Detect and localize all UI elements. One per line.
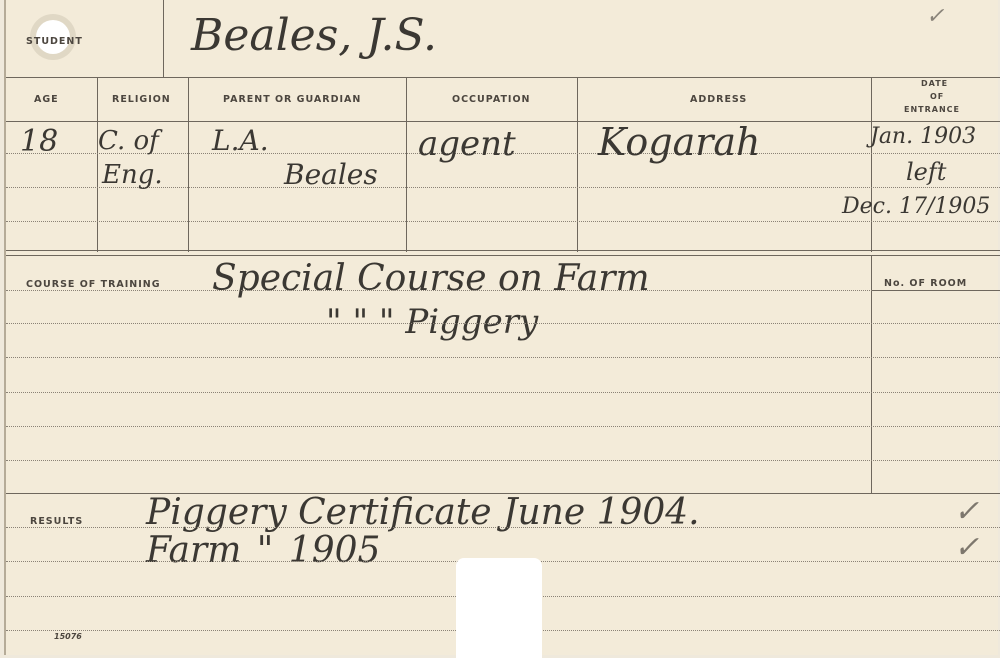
divider [188, 78, 189, 252]
student-label: STUDENT [26, 36, 83, 47]
divider [871, 256, 872, 493]
column-header-date-line2: OF [930, 92, 944, 101]
tick-icon: ✓ [954, 530, 979, 565]
card-notch [470, 612, 528, 658]
divider [6, 77, 1000, 78]
column-header-address: ADDRESS [690, 94, 747, 105]
parent-value-line1: L.A. [212, 124, 269, 157]
dotted-rule [6, 426, 1000, 427]
dotted-rule [6, 221, 1000, 222]
divider [406, 78, 407, 252]
corner-tick-icon: ✓ [926, 4, 944, 29]
divider [871, 78, 872, 252]
results-line2: Farm " 1905 [146, 530, 380, 571]
column-header-date-line3: ENTRANCE [904, 105, 960, 114]
religion-value-line2: Eng. [102, 160, 163, 190]
dotted-rule [6, 357, 1000, 358]
column-header-age: AGE [34, 94, 59, 105]
course-of-training-label: COURSE OF TRAINING [26, 279, 161, 290]
divider [577, 78, 578, 252]
parent-value-line2: Beales [284, 158, 378, 191]
dotted-rule [6, 460, 1000, 461]
divider [6, 121, 1000, 122]
column-header-parent: PARENT OR GUARDIAN [223, 94, 361, 105]
dotted-rule [6, 323, 1000, 324]
course-line2: " " " Piggery [326, 302, 538, 342]
dotted-rule [6, 290, 872, 291]
divider [163, 0, 164, 78]
student-record-card: STUDENT Beales, J.S. ✓ AGE RELIGION PARE… [4, 0, 998, 655]
left-date: Dec. 17/1905 [842, 194, 990, 219]
left-label: left [906, 158, 946, 186]
tick-icon: ✓ [954, 494, 979, 529]
age-value: 18 [20, 124, 58, 159]
column-header-occupation: OCCUPATION [452, 94, 530, 105]
religion-value-line1: C. of [98, 126, 159, 156]
divider [6, 250, 1000, 251]
entrance-date: Jan. 1903 [870, 124, 976, 149]
divider [872, 290, 1000, 291]
column-header-religion: RELIGION [112, 94, 171, 105]
dotted-rule [6, 527, 1000, 528]
room-number-label: No. OF ROOM [884, 278, 967, 289]
dotted-rule [6, 392, 1000, 393]
divider [6, 255, 1000, 256]
course-line1: Special Course on Farm [212, 258, 650, 299]
student-name: Beales, J.S. [191, 10, 437, 61]
form-number: 15076 [54, 632, 82, 641]
address-value: Kogarah [598, 120, 761, 164]
results-label: RESULTS [30, 516, 83, 527]
occupation-value: agent [418, 124, 516, 164]
divider [97, 78, 98, 252]
column-header-date-line1: DATE [921, 79, 948, 88]
